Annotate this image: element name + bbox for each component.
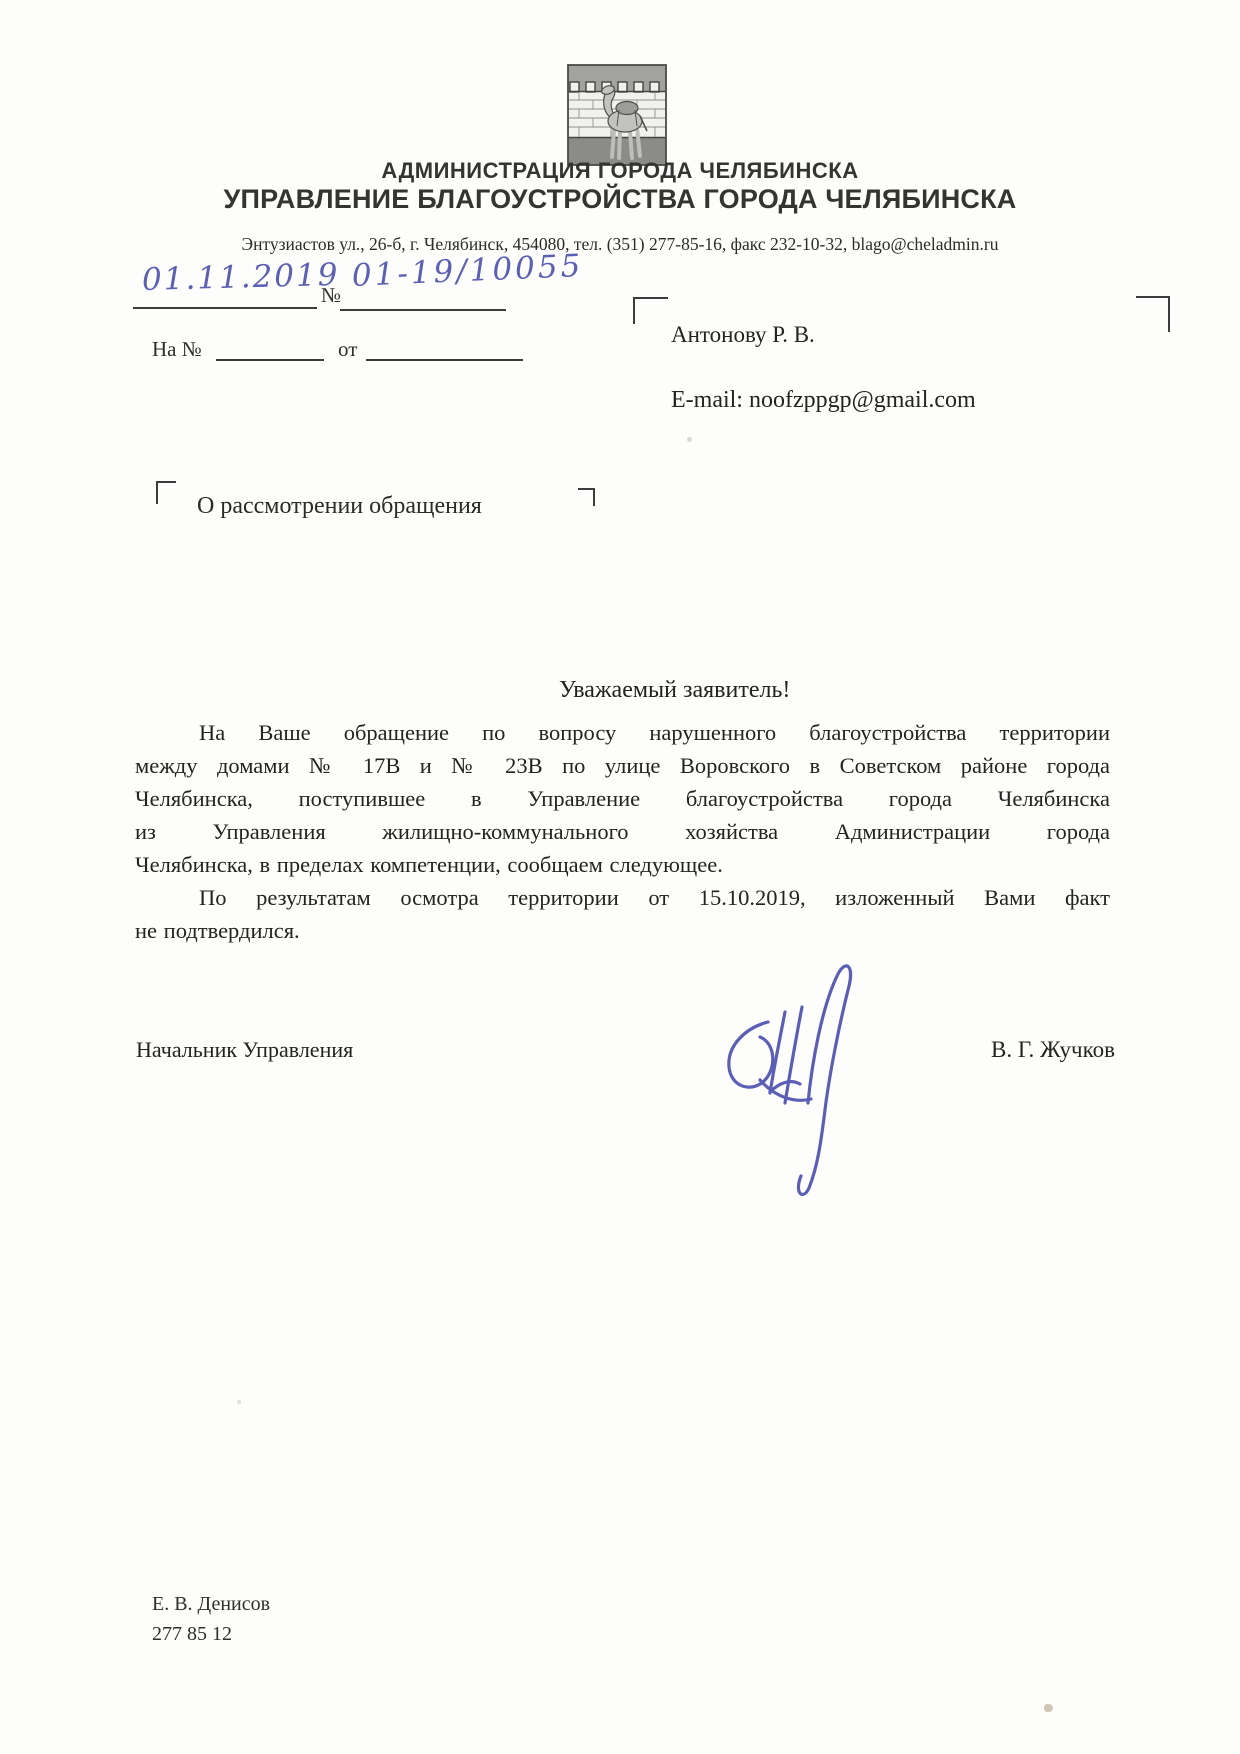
date-underline bbox=[133, 307, 317, 309]
reply-to-label: На № bbox=[152, 337, 202, 362]
letter-body: На Ваше обращение по вопросу нарушенного… bbox=[135, 716, 1110, 947]
signer-position: Начальник Управления bbox=[136, 1037, 353, 1063]
organization-address: Энтузиастов ул., 26-б, г. Челябинск, 454… bbox=[0, 234, 1240, 255]
body-line: между домами № 17В и № 23В по улице Воро… bbox=[135, 749, 1110, 782]
scan-speck bbox=[1044, 1704, 1053, 1712]
recipient-email: E-mail: noofzppgp@gmail.com bbox=[671, 387, 976, 414]
reply-date-underline bbox=[366, 359, 523, 361]
body-line: Челябинска, поступившее в Управление бла… bbox=[135, 782, 1110, 815]
scan-speck bbox=[687, 437, 692, 442]
body-line: На Ваше обращение по вопросу нарушенного… bbox=[135, 716, 1110, 749]
number-sign: № bbox=[321, 283, 341, 308]
handwritten-signature-icon bbox=[690, 952, 865, 1207]
executor-block: Е. В. Денисов 277 85 12 bbox=[152, 1589, 270, 1649]
corner-mark-subject-right bbox=[578, 488, 595, 506]
signer-name: В. Г. Жучков bbox=[991, 1037, 1115, 1063]
executor-phone: 277 85 12 bbox=[152, 1619, 270, 1649]
handwritten-date: 01.11.2019 bbox=[142, 257, 340, 298]
reply-from-label: от bbox=[338, 337, 357, 362]
body-line: По результатам осмотра территории от 15.… bbox=[135, 881, 1110, 914]
body-line: из Управления жилищно-коммунального хозя… bbox=[135, 815, 1110, 848]
scanned-letter-page: АДМИНИСТРАЦИЯ ГОРОДА ЧЕЛЯБИНСКА УПРАВЛЕН… bbox=[0, 0, 1240, 1754]
salutation: Уважаемый заявитель! bbox=[559, 677, 790, 704]
recipient-name: Антонову Р. В. bbox=[671, 322, 815, 348]
organization-name-line2: УПРАВЛЕНИЕ БЛАГОУСТРОЙСТВА ГОРОДА ЧЕЛЯБИ… bbox=[0, 184, 1240, 215]
subject-line: О рассмотрении обращения bbox=[197, 493, 482, 520]
executor-name: Е. В. Денисов bbox=[152, 1589, 270, 1619]
body-line: Челябинска, в пределах компетенции, сооб… bbox=[135, 848, 1110, 881]
organization-name-line1: АДМИНИСТРАЦИЯ ГОРОДА ЧЕЛЯБИНСКА bbox=[0, 158, 1240, 184]
body-line: не подтвердился. bbox=[135, 914, 1110, 947]
reply-number-underline bbox=[216, 359, 324, 361]
number-underline bbox=[340, 309, 506, 311]
corner-mark-recipient-left bbox=[633, 297, 668, 324]
scan-speck bbox=[237, 1400, 241, 1404]
chelyabinsk-coat-of-arms-icon bbox=[567, 64, 667, 166]
corner-mark-recipient-right bbox=[1136, 296, 1170, 332]
corner-mark-subject-left bbox=[156, 481, 176, 504]
